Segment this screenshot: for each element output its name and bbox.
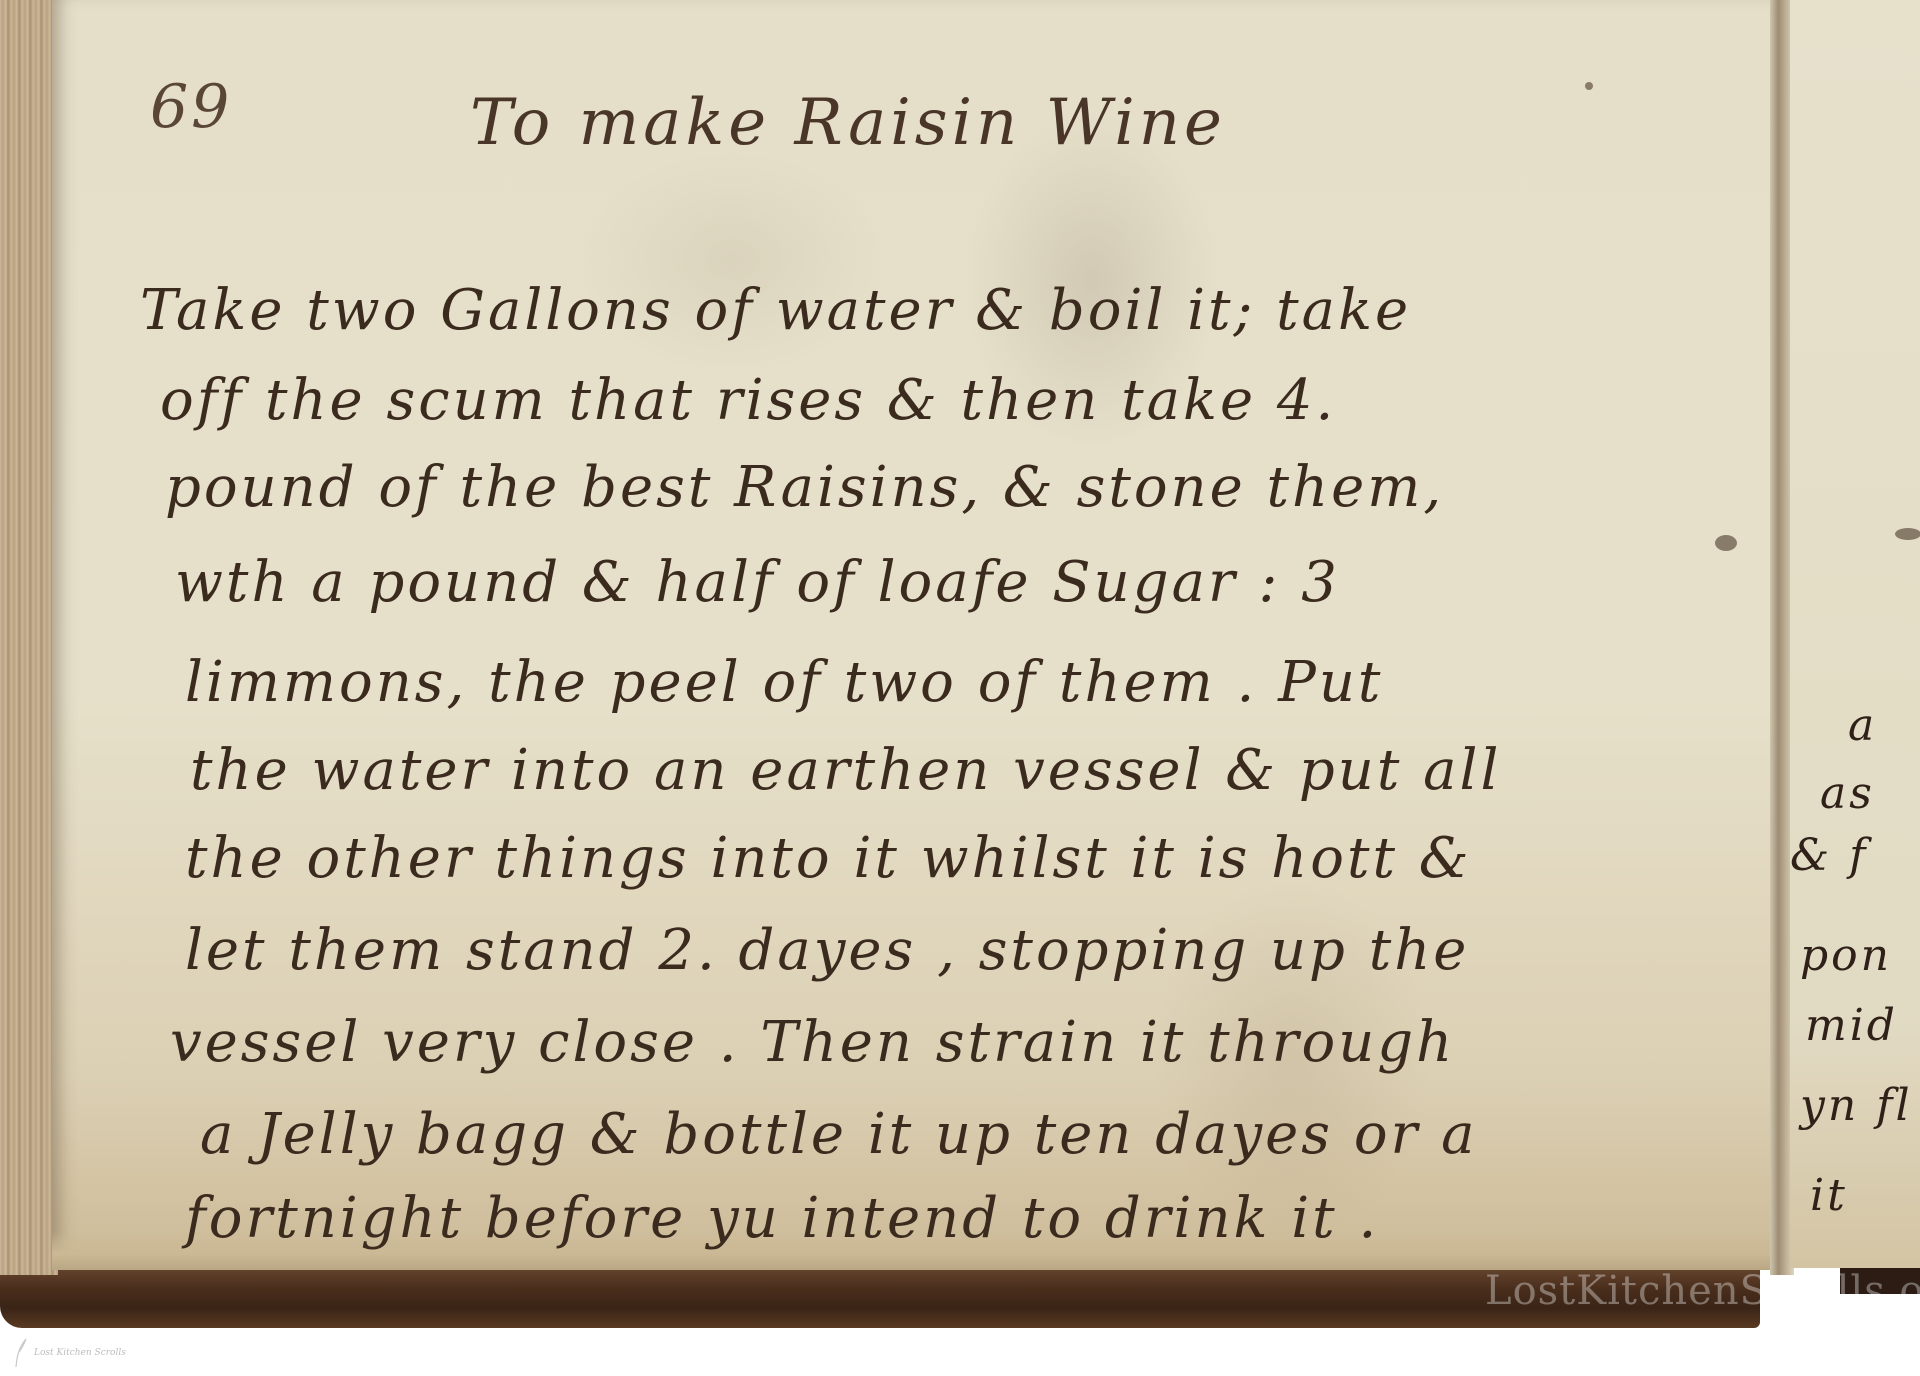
recipe-line: wth a pound & half of loafe Sugar : 3 [175, 550, 1340, 615]
watermark: LostKitchenScrolls.org [1485, 1268, 1920, 1314]
facing-page-fragment: as [1820, 768, 1875, 819]
facing-page-fragment: yn fl [1800, 1080, 1913, 1131]
logo-text: Lost Kitchen Scrolls [34, 1348, 126, 1358]
right-page [1790, 0, 1920, 1268]
publisher-logo: Lost Kitchen Scrolls [14, 1338, 126, 1368]
quill-icon [14, 1338, 28, 1368]
ink-blot [1895, 528, 1920, 540]
recipe-title: To make Raisin Wine [470, 86, 1226, 160]
recipe-line: limmons, the peel of two of them . Put [185, 650, 1383, 715]
facing-page-fragment: & f [1790, 830, 1868, 881]
facing-page-fragment: pon [1800, 930, 1892, 981]
recipe-line: a Jelly bagg & bottle it up ten dayes or… [200, 1102, 1478, 1167]
page-block-edge [0, 0, 58, 1275]
facing-page-fragment: it [1810, 1170, 1848, 1221]
recipe-line: fortnight before yu intend to drink it . [185, 1186, 1379, 1251]
recipe-line: the other things into it whilst it is ho… [185, 826, 1472, 891]
recipe-line: vessel very close . Then strain it throu… [170, 1010, 1455, 1075]
recipe-line: pound of the best Raisins, & stone them, [165, 455, 1444, 520]
ink-dot [1585, 82, 1593, 90]
manuscript-book: 69 To make Raisin Wine Take two Gallons … [0, 0, 1920, 1376]
facing-page-fragment: mid [1805, 1000, 1898, 1051]
recipe-line: let them stand 2. dayes , stopping up th… [185, 918, 1469, 983]
recipe-line: off the scum that rises & then take 4. [160, 368, 1336, 433]
ink-blot [1715, 535, 1737, 551]
page-number: 69 [150, 72, 232, 142]
recipe-line: the water into an earthen vessel & put a… [190, 738, 1501, 803]
facing-page-fragment: a [1848, 700, 1877, 751]
recipe-line: Take two Gallons of water & boil it; tak… [140, 278, 1411, 343]
